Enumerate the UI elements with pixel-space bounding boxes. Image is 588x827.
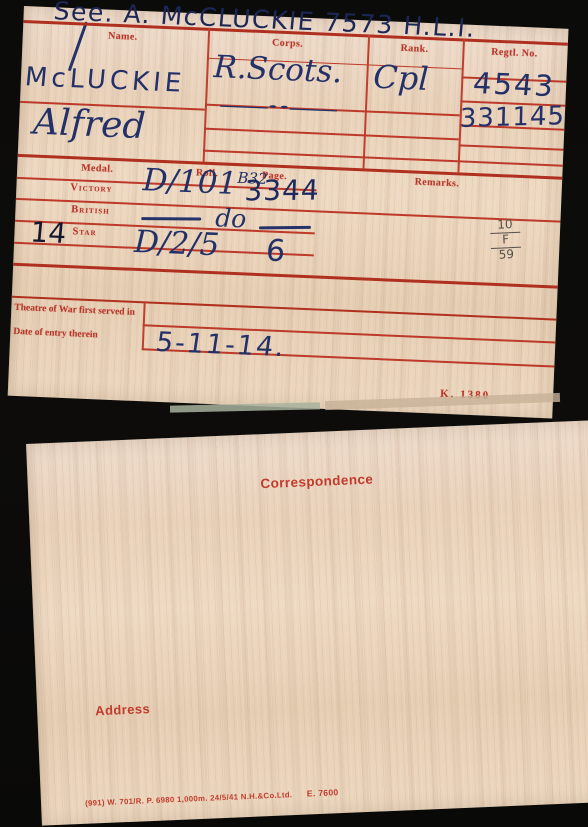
ruled-line [458, 160, 563, 166]
medal-card-back: Correspondence Address (991) W. 701/R. P… [26, 420, 588, 826]
pencil-note-line: F [490, 232, 521, 248]
ditto-dash [141, 217, 201, 220]
section-divider-line [13, 263, 558, 288]
medal-card-front: See. A. McCLUCKIE 7573 H.L.I. Name. Corp… [8, 6, 569, 418]
pencil-note-line: 59 [491, 247, 522, 262]
victory-medal-label: Victory [51, 181, 131, 195]
regimental-number-2-handwriting: 331145 [459, 103, 565, 132]
corps-ditto-mark: —··— [218, 94, 335, 119]
theatre-of-war-label: Theatre of War first served in [14, 303, 154, 319]
surname-handwriting: McLUCKIE [24, 64, 187, 97]
remarks-header-label: Remarks. [387, 175, 487, 190]
regimental-number-handwriting: 4543 [472, 69, 556, 101]
printers-code-number: E. 7600 [307, 787, 339, 798]
forename-handwriting: Alfred [32, 105, 146, 146]
address-heading: Address [95, 701, 150, 718]
british-medal-label: British [50, 203, 130, 217]
rank-column-label: Rank. [369, 42, 459, 57]
ruled-line [459, 144, 564, 150]
ditto-dash [259, 226, 311, 229]
corps-column-label: Corps. [242, 36, 332, 51]
date-of-entry-label: Date of entry therein [13, 327, 153, 343]
pencil-reference-note: 10 F 59 [490, 218, 522, 263]
star-page-handwriting: 6 [265, 236, 287, 267]
star-year-note-handwriting: 14 [29, 219, 67, 248]
ruled-line [203, 150, 458, 162]
correspondence-heading: Correspondence [28, 462, 588, 501]
date-of-entry-handwriting: 5-11-14. [154, 329, 288, 361]
column-divider [203, 28, 210, 162]
ruled-line [204, 128, 459, 140]
roll-reference: D/101 [142, 162, 238, 202]
scanned-medal-index-card: See. A. McCLUCKIE 7573 H.L.I. Name. Corp… [0, 0, 588, 827]
printers-code: (991) W. 701/R. P. 6980 1,000m. 24/5/41 … [85, 787, 339, 808]
regtl-no-column-label: Regtl. No. [469, 46, 559, 61]
card-edge-sliver [170, 402, 320, 412]
name-column-label: Name. [78, 29, 168, 44]
victory-page-handwriting: 3344 [244, 177, 320, 206]
medal-header-label: Medal. [47, 161, 147, 176]
printers-code-text: (991) W. 701/R. P. 6980 1,000m. 24/5/41 … [85, 790, 293, 808]
column-divider [362, 34, 369, 168]
rank-handwriting: Cpl [373, 61, 429, 95]
corps-handwriting: R.Scots. [213, 52, 343, 88]
star-roll-handwriting: D/2/5 [134, 227, 220, 262]
